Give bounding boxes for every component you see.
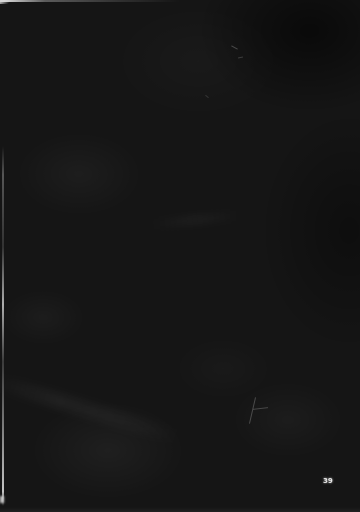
scanned-black-page: 39 (0, 0, 360, 512)
smudge-streak-middle (150, 210, 241, 229)
dust-speck (205, 95, 209, 98)
page-corner-sliver (0, 0, 11, 4)
scratch-mark-horizontal (253, 407, 268, 410)
smudge-streak-diagonal (0, 374, 181, 444)
page-edge-bright-spot (0, 496, 4, 503)
page-number: 39 (323, 477, 333, 486)
page-edge-highlight-top (0, 0, 180, 2)
dust-speck (231, 45, 238, 49)
scratch-mark-vertical (249, 397, 256, 424)
page-edge-highlight-left (2, 146, 4, 506)
dust-speck (238, 56, 243, 58)
page-edge-highlight-bottom (0, 507, 360, 512)
